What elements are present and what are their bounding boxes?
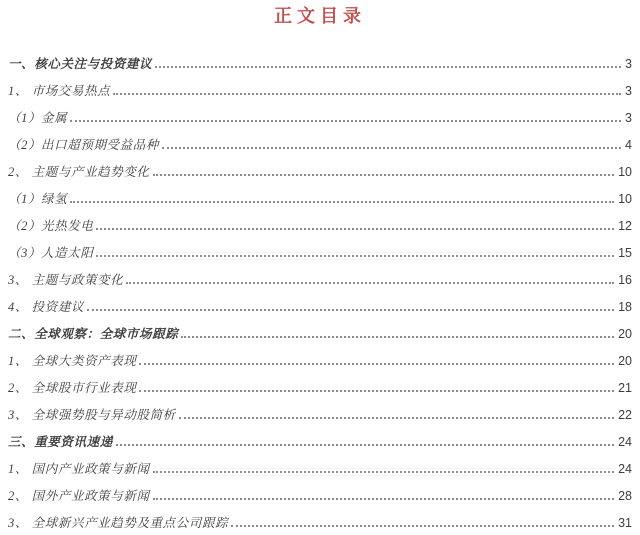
toc-leader-dots — [181, 336, 614, 338]
toc-entry[interactable]: （1）金属 3 — [8, 105, 632, 132]
toc-entry[interactable]: 3、 全球新兴产业趋势及重点公司跟踪 31 — [8, 510, 632, 535]
toc-entry-label: （3）人造太阳 — [8, 240, 93, 267]
toc-entry-label: 2、 全球股市行业表现 — [8, 375, 136, 402]
toc-entry[interactable]: 1、 国内产业政策与新闻 24 — [8, 456, 632, 483]
toc-entry[interactable]: 1、 市场交易热点 3 — [8, 78, 632, 105]
toc-entry-label: 三、重要资讯速递 — [8, 429, 113, 456]
toc-entry[interactable]: 4、 投资建议 18 — [8, 294, 632, 321]
toc-entry-page-number: 3 — [625, 105, 632, 132]
toc-entry-page-number: 10 — [618, 159, 632, 186]
toc-leader-dots — [162, 147, 621, 149]
toc-leader-dots — [113, 93, 621, 95]
page-title: 正文目录 — [8, 6, 632, 28]
toc-entry-page-number: 20 — [618, 321, 632, 348]
toc-entry-label: 二、全球观察：全球市场跟踪 — [8, 321, 178, 348]
toc-entry[interactable]: 2、 国外产业政策与新闻 28 — [8, 483, 632, 510]
toc-entry[interactable]: 三、重要资讯速递 24 — [8, 429, 632, 456]
toc-entry-label: 1、 国内产业政策与新闻 — [8, 456, 150, 483]
toc-entry-page-number: 24 — [618, 429, 632, 456]
toc-list: 一、核心关注与投资建议 3 1、 市场交易热点 3 （1）金属 3 （2）出口超… — [8, 51, 632, 535]
document-page: 正文目录 一、核心关注与投资建议 3 1、 市场交易热点 3 （1）金属 3 （… — [8, 0, 632, 535]
toc-leader-dots — [231, 525, 614, 527]
toc-leader-dots — [139, 363, 614, 365]
toc-leader-dots — [153, 174, 615, 176]
toc-leader-dots — [153, 498, 615, 500]
toc-entry-page-number: 18 — [618, 294, 632, 321]
toc-entry-page-number: 22 — [618, 402, 632, 429]
toc-entry-page-number: 4 — [625, 132, 632, 159]
toc-entry-label: （1）金属 — [8, 105, 67, 132]
toc-entry-page-number: 10 — [618, 186, 632, 213]
toc-entry-label: 2、 国外产业政策与新闻 — [8, 483, 150, 510]
toc-entry-label: 3、 主题与政策变化 — [8, 267, 123, 294]
toc-entry-label: 2、 主题与产业趋势变化 — [8, 159, 150, 186]
toc-entry[interactable]: （2）光热发电 12 — [8, 213, 632, 240]
toc-entry[interactable]: 2、 全球股市行业表现 21 — [8, 375, 632, 402]
toc-entry-page-number: 24 — [618, 456, 632, 483]
toc-entry[interactable]: 1、 全球大类资产表现 20 — [8, 348, 632, 375]
toc-entry-page-number: 3 — [625, 78, 632, 105]
toc-leader-dots — [70, 120, 621, 122]
toc-entry-label: 3、 全球新兴产业趋势及重点公司跟踪 — [8, 510, 228, 535]
toc-leader-dots — [139, 390, 614, 392]
toc-entry[interactable]: 一、核心关注与投资建议 3 — [8, 51, 632, 78]
toc-entry[interactable]: （3）人造太阳 15 — [8, 240, 632, 267]
toc-entry[interactable]: （1）绿氢 10 — [8, 186, 632, 213]
toc-entry-page-number: 21 — [618, 375, 632, 402]
toc-leader-dots — [96, 228, 614, 230]
toc-leader-dots — [116, 444, 614, 446]
toc-entry-label: （2）光热发电 — [8, 213, 93, 240]
toc-leader-dots — [96, 255, 614, 257]
toc-entry[interactable]: 2、 主题与产业趋势变化 10 — [8, 159, 632, 186]
toc-entry-label: 4、 投资建议 — [8, 294, 84, 321]
toc-entry[interactable]: （2）出口超预期受益品种 4 — [8, 132, 632, 159]
toc-entry-page-number: 15 — [618, 240, 632, 267]
toc-entry-page-number: 31 — [618, 510, 632, 535]
toc-entry-page-number: 20 — [618, 348, 632, 375]
toc-entry-label: 1、 全球大类资产表现 — [8, 348, 136, 375]
toc-entry-page-number: 12 — [618, 213, 632, 240]
toc-entry[interactable]: 3、 主题与政策变化 16 — [8, 267, 632, 294]
toc-entry-label: 1、 市场交易热点 — [8, 78, 110, 105]
toc-entry-label: 3、 全球强势股与异动股简析 — [8, 402, 176, 429]
toc-leader-dots — [153, 471, 615, 473]
toc-entry[interactable]: 3、 全球强势股与异动股简析 22 — [8, 402, 632, 429]
toc-entry-page-number: 16 — [618, 267, 632, 294]
toc-entry-page-number: 3 — [625, 51, 632, 78]
toc-entry-label: 一、核心关注与投资建议 — [8, 51, 152, 78]
toc-leader-dots — [70, 201, 614, 203]
toc-entry[interactable]: 二、全球观察：全球市场跟踪 20 — [8, 321, 632, 348]
toc-entry-label: （1）绿氢 — [8, 186, 67, 213]
toc-entry-page-number: 28 — [618, 483, 632, 510]
toc-entry-label: （2）出口超预期受益品种 — [8, 132, 159, 159]
toc-leader-dots — [179, 417, 614, 419]
toc-leader-dots — [126, 282, 614, 284]
toc-leader-dots — [155, 66, 621, 68]
toc-leader-dots — [87, 309, 614, 311]
